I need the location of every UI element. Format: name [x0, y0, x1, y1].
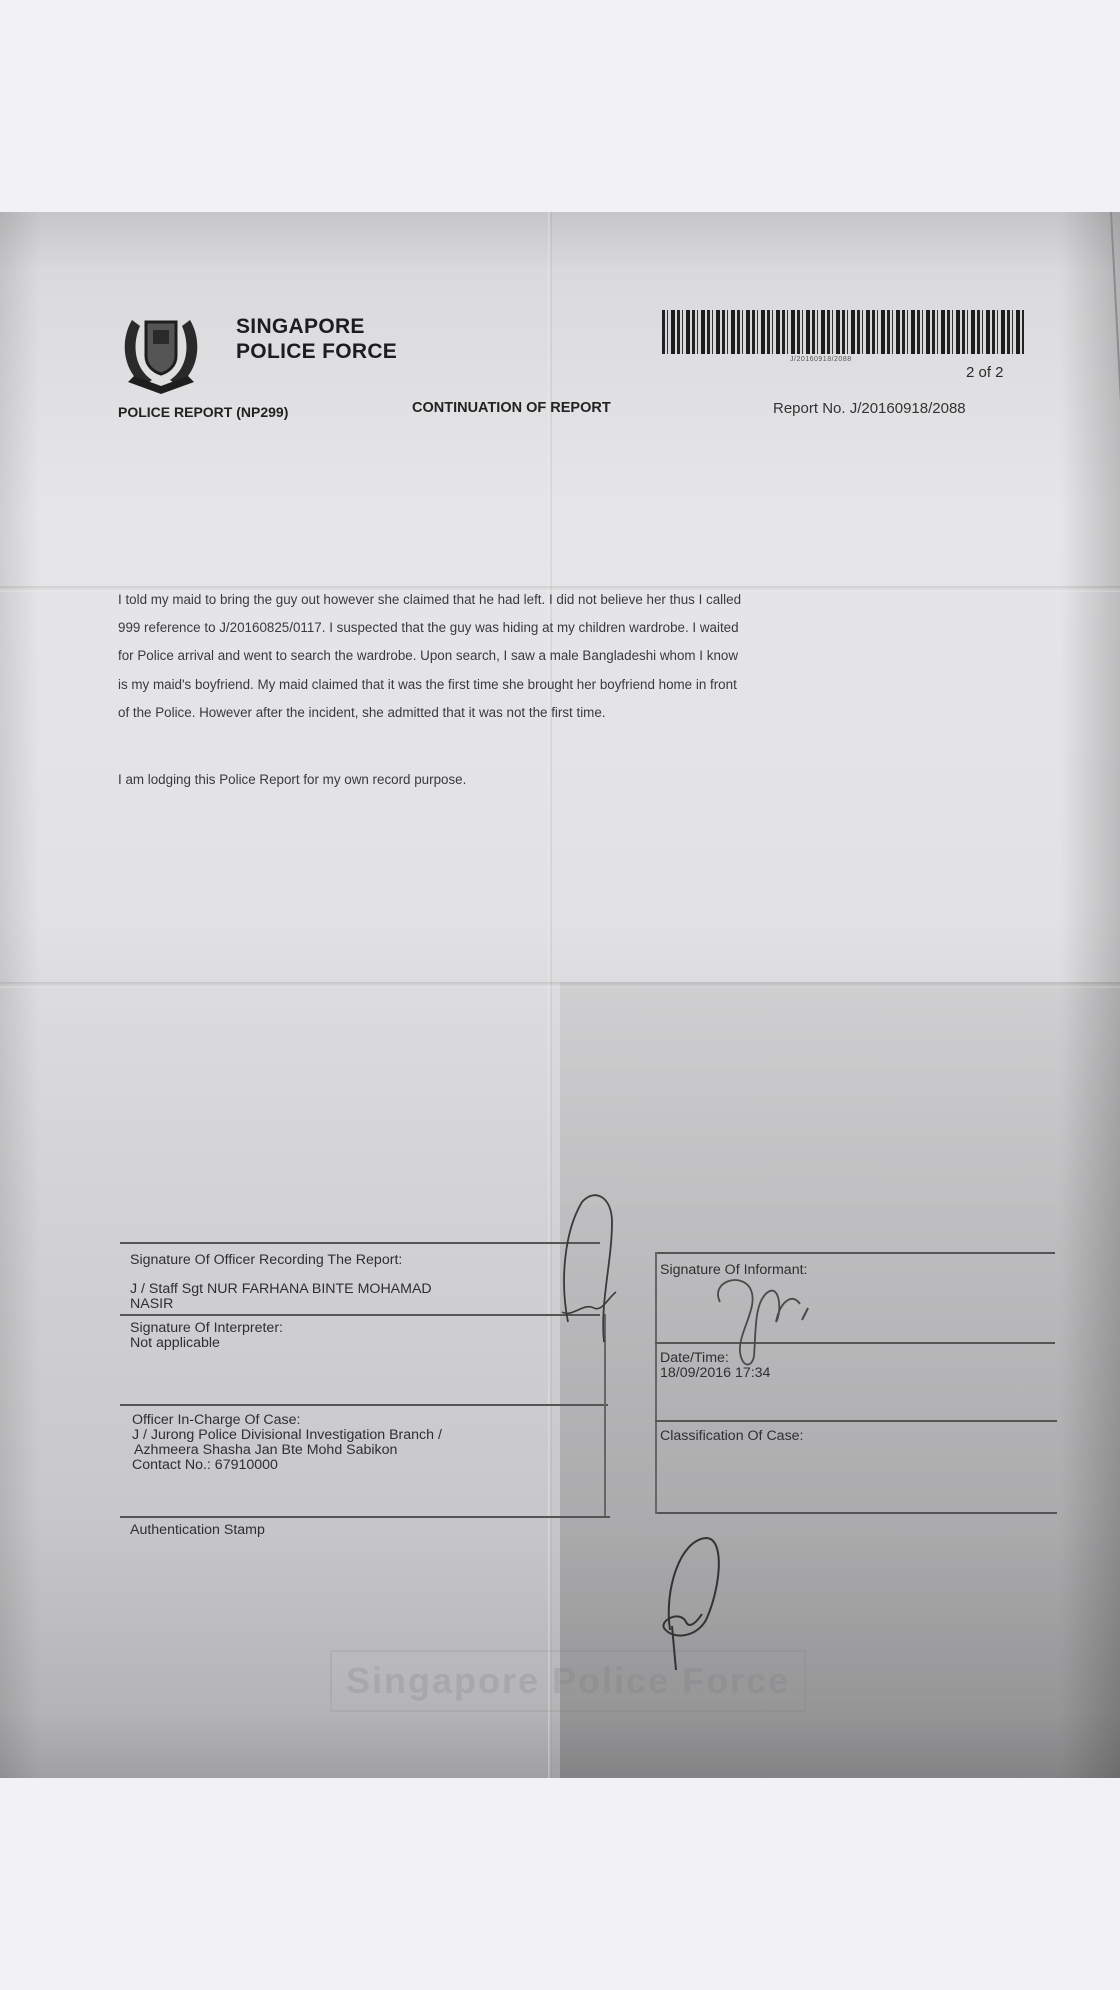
officer-in-charge-name: Azhmeera Shasha Jan Bte Mohd Sabikon	[134, 1443, 397, 1458]
org-name-line2: POLICE FORCE	[236, 339, 397, 364]
form-rule	[657, 1512, 1057, 1514]
officer-signature	[560, 1192, 620, 1342]
barcode	[662, 310, 1024, 354]
form-rule	[655, 1420, 1057, 1422]
informant-signature	[710, 1272, 820, 1372]
closing-statement: I am lodging this Police Report for my o…	[118, 772, 466, 787]
statement-line: 999 reference to J/20160825/0117. I susp…	[118, 614, 1030, 642]
authentication-stamp-label: Authentication Stamp	[130, 1522, 265, 1538]
classification-label: Classification Of Case:	[660, 1428, 804, 1444]
statement-line: I told my maid to bring the guy out howe…	[118, 586, 1030, 614]
org-name-line1: SINGAPORE	[236, 314, 397, 339]
statement-line: for Police arrival and went to search th…	[118, 642, 1030, 670]
officer-in-charge-contact: Contact No.: 67910000	[132, 1458, 278, 1473]
officer-in-charge-label: Officer In-Charge Of Case:	[132, 1412, 300, 1428]
page-indicator: 2 of 2	[966, 364, 1004, 381]
section-title: CONTINUATION OF REPORT	[412, 400, 611, 416]
interpreter-value: Not applicable	[130, 1336, 220, 1351]
form-rule-vertical	[655, 1252, 657, 1514]
org-name: SINGAPORE POLICE FORCE	[236, 314, 397, 364]
report-number: Report No. J/20160918/2088	[773, 400, 966, 417]
statement-line: is my maid's boyfriend. My maid claimed …	[118, 671, 1030, 699]
officer-recording-name-cont: NASIR	[130, 1297, 173, 1312]
paper-edge	[1110, 212, 1120, 811]
authentication-stamp: Singapore Police Force	[330, 1650, 806, 1712]
officer-recording-name: J / Staff Sgt NUR FARHANA BINTE MOHAMAD	[130, 1282, 432, 1297]
statement-line: of the Police. However after the inciden…	[118, 699, 1030, 727]
form-rule	[120, 1242, 600, 1244]
stamp-signature	[650, 1530, 730, 1680]
form-rule	[120, 1404, 608, 1406]
form-name: POLICE REPORT (NP299)	[118, 404, 288, 420]
officer-recording-label: Signature Of Officer Recording The Repor…	[130, 1252, 402, 1268]
form-rule-vertical	[604, 1314, 606, 1516]
form-rule	[655, 1252, 1055, 1254]
interpreter-label: Signature Of Interpreter:	[130, 1320, 283, 1336]
form-rule	[120, 1516, 610, 1518]
barcode-text: J/20160918/2088	[790, 356, 852, 363]
police-crest-icon	[118, 300, 204, 396]
form-rule	[120, 1314, 600, 1316]
officer-in-charge-unit: J / Jurong Police Divisional Investigati…	[132, 1428, 442, 1443]
report-statement: I told my maid to bring the guy out howe…	[118, 586, 1030, 727]
document-photo: SINGAPORE POLICE FORCE J/20160918/2088 2…	[0, 212, 1120, 1778]
fold-crease-vertical	[548, 212, 552, 1778]
